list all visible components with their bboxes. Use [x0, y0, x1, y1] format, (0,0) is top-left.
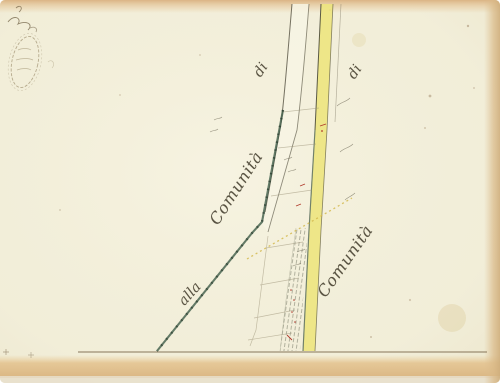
page-edge-bottom — [0, 355, 500, 378]
map-drawing — [0, 0, 500, 383]
map-scan: alla Comunità di Comunità di — [0, 0, 500, 383]
page-edge-right — [484, 0, 500, 383]
page-edge-top — [0, 0, 500, 13]
paper-background — [0, 0, 500, 383]
